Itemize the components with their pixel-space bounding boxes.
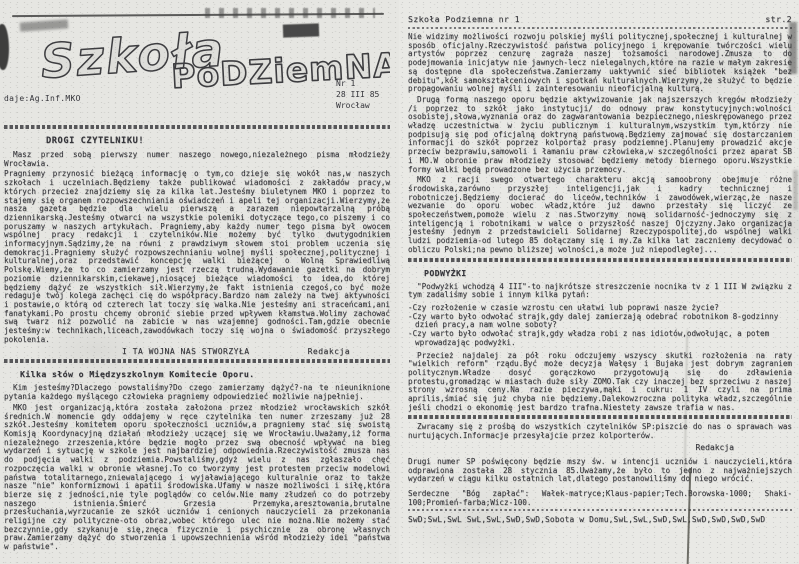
editorial-closing-line: I TA WOJNA NAS STWORZYŁA Redakcja — [122, 347, 390, 356]
typed-divider — [408, 258, 792, 262]
page-2: Szkoła Podziemna nr 1 str.2 Nie widzimy … — [399, 0, 799, 564]
typed-divider — [4, 359, 390, 363]
closing-slogan: I TA WOJNA NAS STWORZYŁA — [122, 347, 250, 356]
continuation-paragraph: Nie widzimy możliwości rozwoju polskiej … — [408, 33, 792, 94]
dotted-divider — [408, 27, 792, 29]
podwyzki-body: Przecież najdalej za pół roku odczujemy … — [408, 352, 792, 413]
typed-divider — [408, 415, 792, 419]
issue-info-block: Nr 1 28 III 85 Wrocław — [336, 78, 379, 111]
page-1: Szkoła PoDZiemNA daje:Ag.Inf.MKO Nr 1 28… — [0, 0, 399, 564]
page-number: str.2 — [765, 14, 792, 24]
typed-divider — [4, 125, 390, 129]
editorial-signature: Redakcja — [308, 347, 351, 356]
editorial-heading: DROGI CZYTELNIKU! — [46, 136, 390, 146]
issue-date: 28 III 85 — [336, 89, 379, 100]
readers-appeal: Zwracamy się z prośbą do wszystkich czyt… — [408, 423, 792, 440]
podwyzki-heading: PODWYŻKI — [424, 268, 792, 278]
issue-city: Wrocław — [336, 100, 379, 111]
acknowledgements-line: Serdeczne "Bóg zapłać": Wałek-matryce;Kl… — [408, 490, 792, 507]
next-issue-notice: Drugi numer SP poświęcony będzie mszy św… — [408, 458, 792, 484]
continuation-paragraph: Drugą formą naszego oporu będzie aktywiz… — [408, 96, 792, 174]
footer-codes-line: SwD;SwL,SwL SwL,SwL,SwD,SwD,Sobota w Dom… — [408, 515, 792, 524]
continuation-paragraph: MKO z racji swego otwartego charakteru a… — [408, 176, 792, 254]
mko-paragraph: Kim jesteśmy?Dlaczego powstaliśmy?Do cze… — [4, 384, 390, 401]
mko-section-heading: Kilka słów o Międzyszkolnym Komitecie Op… — [20, 369, 390, 379]
running-title: Szkoła Podziemna nr 1 — [408, 14, 520, 24]
podwyzki-intro: "Podwyżki wchodzą 4 III"-to najkrótsze s… — [408, 283, 792, 300]
podwyzki-question: -Czy warto było odwołać strajk,gdy władz… — [408, 330, 792, 347]
editorial-paragraph: Masz przed sobą pierwszy numer naszego n… — [4, 151, 390, 168]
dotted-divider — [408, 509, 792, 511]
scanned-newsletter-spread: Szkoła PoDZiemNA daje:Ag.Inf.MKO Nr 1 28… — [0, 0, 799, 564]
mko-paragraph: MKO jest organizacją,która została założ… — [4, 404, 390, 552]
page2-running-header: Szkoła Podziemna nr 1 str.2 — [408, 14, 792, 24]
publisher-line: daje:Ag.Inf.MKO — [4, 94, 81, 103]
appeal-signature: Redakcja — [408, 443, 734, 452]
issue-number: Nr 1 — [336, 78, 379, 89]
editorial-paragraph: Pragniemy przynosić bieżącą informację o… — [4, 170, 390, 344]
masthead: Szkoła PoDZiemNA daje:Ag.Inf.MKO Nr 1 28… — [4, 0, 390, 122]
podwyzki-question: -Czy warto było odwołać strajk,gdy dalej… — [408, 313, 792, 330]
